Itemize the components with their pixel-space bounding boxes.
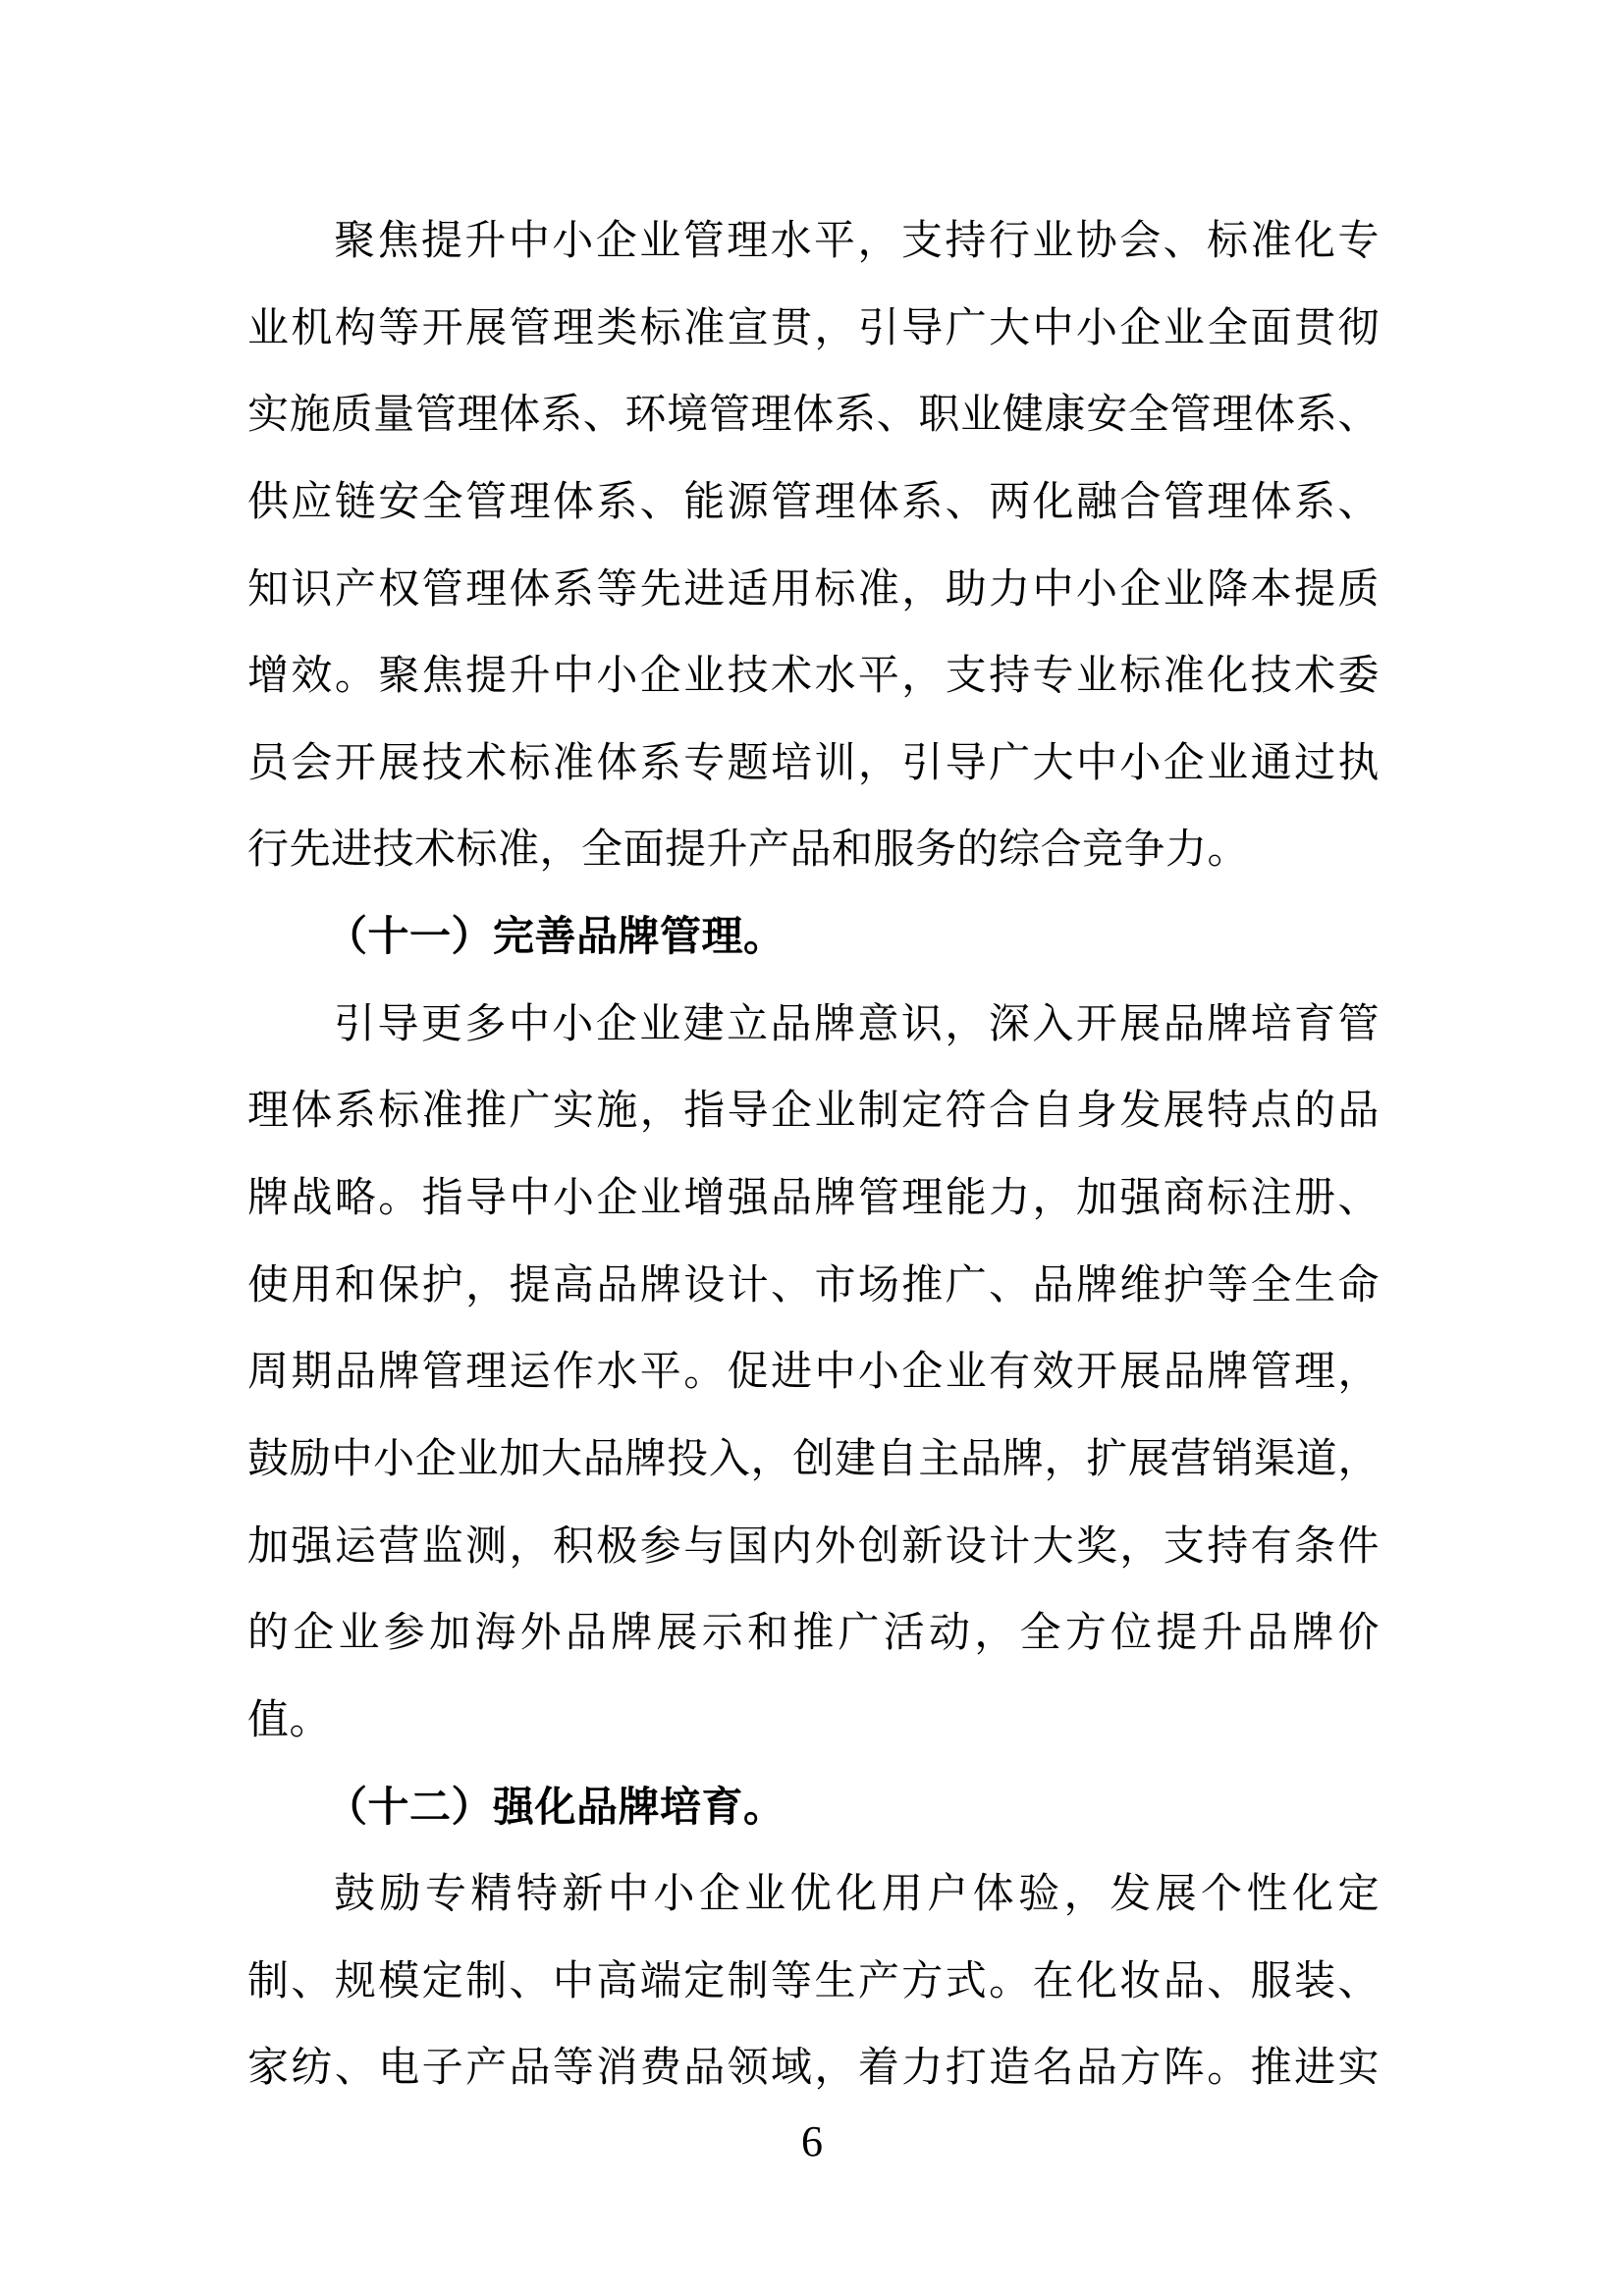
paragraph-line: 业机构等开展管理类标准宣贯，引导广大中小企业全面贯彻 <box>247 286 1380 373</box>
section-heading-eleven: （十一）完善品牌管理。 <box>247 894 1380 982</box>
paragraph-line: 鼓励中小企业加大品牌投入，创建自主品牌，扩展营销渠道， <box>247 1416 1380 1504</box>
paragraph-line: 理体系标准推广实施，指导企业制定符合自身发展特点的品 <box>247 1068 1380 1155</box>
paragraph-line: 知识产权管理体系等先进适用标准，助力中小企业降本提质 <box>247 547 1380 634</box>
document-page: 聚焦提升中小企业管理水平，支持行业协会、标准化专 业机构等开展管理类标准宣贯，引… <box>0 0 1624 2296</box>
paragraph-line: 牌战略。指导中小企业增强品牌管理能力，加强商标注册、 <box>247 1155 1380 1243</box>
paragraph-line: 值。 <box>247 1678 1380 1765</box>
document-text-block: 聚焦提升中小企业管理水平，支持行业协会、标准化专 业机构等开展管理类标准宣贯，引… <box>247 198 1380 2112</box>
paragraph-line: 行先进技术标准，全面提升产品和服务的综合竞争力。 <box>247 807 1380 894</box>
paragraph-line: 周期品牌管理运作水平。促进中小企业有效开展品牌管理， <box>247 1329 1380 1416</box>
paragraph-line: 聚焦提升中小企业管理水平，支持行业协会、标准化专 <box>247 198 1380 286</box>
paragraph-line: 家纺、电子产品等消费品领域，着力打造名品方阵。推进实 <box>247 2025 1380 2112</box>
section-heading-twelve: （十二）强化品牌培育。 <box>247 1765 1380 1852</box>
paragraph-line: 鼓励专精特新中小企业优化用户体验，发展个性化定 <box>247 1851 1380 1939</box>
paragraph-line: 供应链安全管理体系、能源管理体系、两化融合管理体系、 <box>247 459 1380 547</box>
paragraph-line: 实施质量管理体系、环境管理体系、职业健康安全管理体系、 <box>247 372 1380 459</box>
paragraph-line: 的企业参加海外品牌展示和推广活动，全方位提升品牌价 <box>247 1590 1380 1678</box>
paragraph-line: 使用和保护，提高品牌设计、市场推广、品牌维护等全生命 <box>247 1243 1380 1330</box>
paragraph-line: 加强运营监测，积极参与国内外创新设计大奖，支持有条件 <box>247 1504 1380 1591</box>
paragraph-line: 增效。聚焦提升中小企业技术水平，支持专业标准化技术委 <box>247 633 1380 721</box>
paragraph-line: 制、规模定制、中高端定制等生产方式。在化妆品、服装、 <box>247 1939 1380 2026</box>
page-number: 6 <box>0 2112 1624 2171</box>
paragraph-line: 引导更多中小企业建立品牌意识，深入开展品牌培育管 <box>247 982 1380 1069</box>
paragraph-line: 员会开展技术标准体系专题培训，引导广大中小企业通过执 <box>247 721 1380 808</box>
